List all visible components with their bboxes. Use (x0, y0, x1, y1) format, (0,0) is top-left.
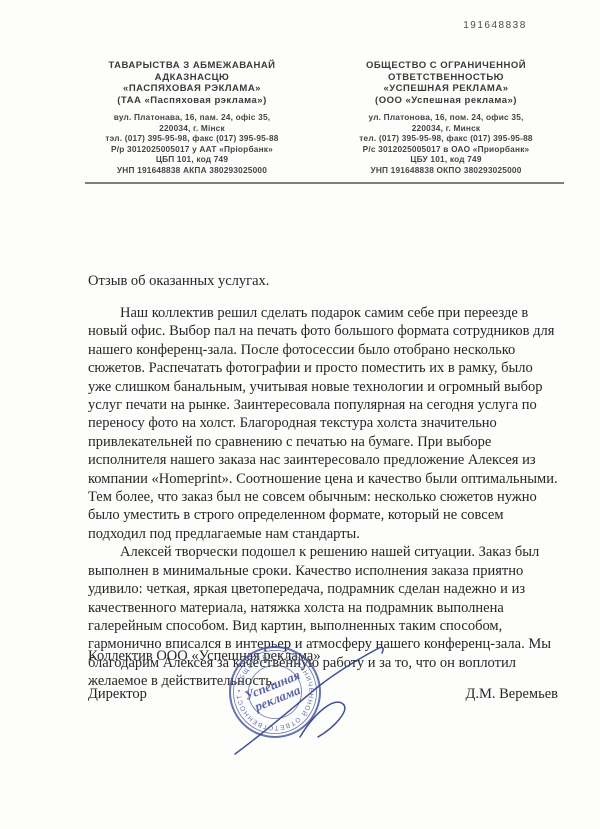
company-name-line: (ТАА «Паспяховая рэклама») (70, 95, 314, 107)
scanned-letter-page: 191648838 ТАВАРЫСТВА З АБМЕЖАВАНАЙ АДКАЗ… (0, 0, 600, 829)
company-name-ru: ОБЩЕСТВО С ОГРАНИЧЕННОЙ ОТВЕТСТВЕННОСТЬЮ… (324, 60, 568, 106)
body-paragraph: Наш коллектив решил сделать подарок сами… (88, 304, 558, 543)
company-name-line: «ПАСПЯХОВАЯ РЭКЛАМА» (70, 83, 314, 95)
letterhead-divider (85, 182, 564, 184)
company-address-ru: ул. Платонова, 16, пом. 24, офис 35, 220… (324, 112, 568, 176)
letterhead-right: ОБЩЕСТВО С ОГРАНИЧЕННОЙ ОТВЕТСТВЕННОСТЬЮ… (324, 60, 568, 176)
address-line: вул. Платонава, 16, пам. 24, офіс 35, (70, 112, 314, 123)
signature-role: Директор (88, 686, 147, 703)
address-line: Р/с 3012025005017 в ОАО «Приорбанк» (324, 144, 568, 155)
address-line: УНП 191648838 ОКПО 380293025000 (324, 165, 568, 176)
address-line: 220034, г. Минск (324, 123, 568, 134)
company-name-line: ТАВАРЫСТВА З АБМЕЖАВАНАЙ (70, 60, 314, 72)
company-name-line: ОТВЕТСТВЕННОСТЬЮ (324, 72, 568, 84)
address-line: ЦБУ 101, код 749 (324, 154, 568, 165)
address-line: 220034, г. Мінск (70, 123, 314, 134)
company-name-line: (ООО «Успешная реклама») (324, 95, 568, 107)
letterhead-left: ТАВАРЫСТВА З АБМЕЖАВАНАЙ АДКАЗНАСЦЮ «ПАС… (70, 60, 314, 176)
address-line: Р/р 3012025005017 у ААТ «Пріорбанк» (70, 144, 314, 155)
document-body: Наш коллектив решил сделать подарок сами… (88, 304, 558, 691)
company-name-line: «УСПЕШНАЯ РЕКЛАМА» (324, 83, 568, 95)
address-line: ЦБП 101, код 749 (70, 154, 314, 165)
reference-number: 191648838 (420, 20, 570, 31)
address-line: тел. (017) 395-95-98, факс (017) 395-95-… (324, 133, 568, 144)
company-name-line: ОБЩЕСТВО С ОГРАНИЧЕННОЙ (324, 60, 568, 72)
company-stamp: • ОБЩЕСТВО С ОГРАНИЧЕННОЙ ОТВЕТСТВЕННОСТ… (205, 636, 405, 766)
signature-name: Д.М. Веремьев (418, 686, 558, 703)
company-name-by: ТАВАРЫСТВА З АБМЕЖАВАНАЙ АДКАЗНАСЦЮ «ПАС… (70, 60, 314, 106)
document-title: Отзыв об оказанных услугах. (88, 272, 558, 290)
address-line: ул. Платонова, 16, пом. 24, офис 35, (324, 112, 568, 123)
address-line: тэл. (017) 395-95-98, факс (017) 395-95-… (70, 133, 314, 144)
address-line: УНП 191648838 АКПА 380293025000 (70, 165, 314, 176)
company-name-line: АДКАЗНАСЦЮ (70, 72, 314, 84)
company-address-by: вул. Платонава, 16, пам. 24, офіс 35, 22… (70, 112, 314, 176)
